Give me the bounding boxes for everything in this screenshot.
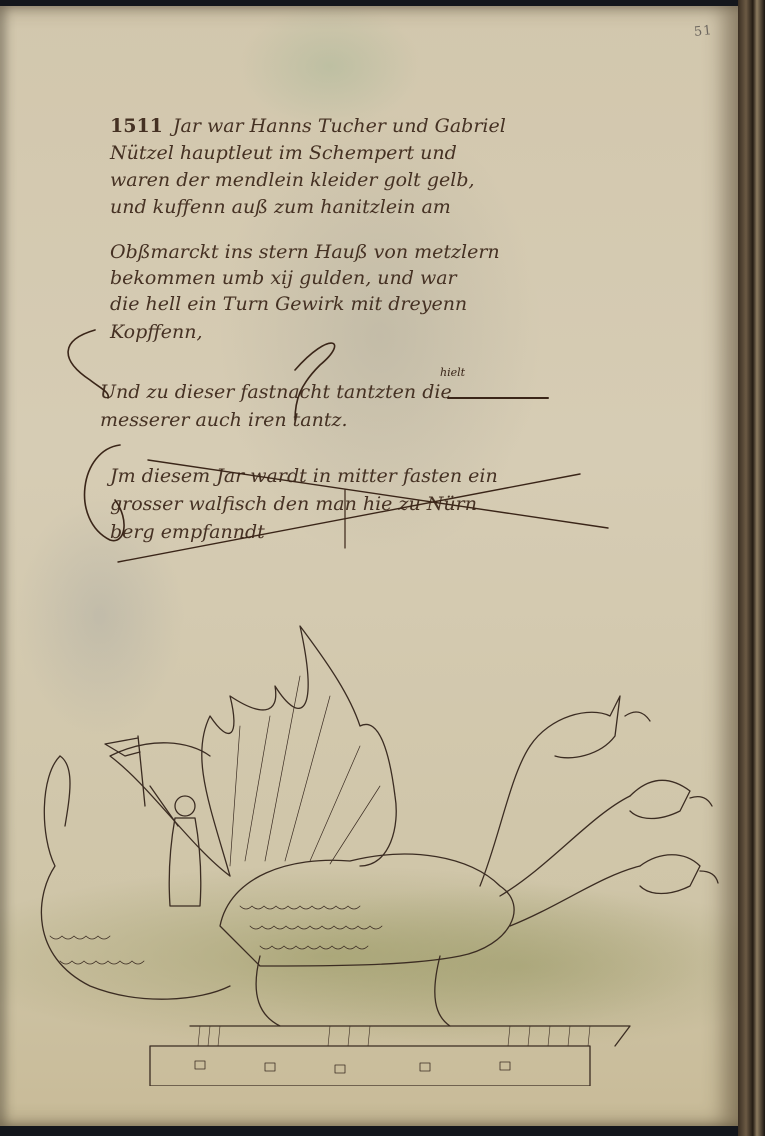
entry-cancelled-line-3: berg empfanndt [110, 520, 265, 544]
pennant-pole [138, 736, 145, 806]
sled-base [150, 1046, 590, 1086]
dragon-wing-right [202, 626, 397, 876]
dragon-scales [50, 906, 382, 964]
folio-number: 51 [693, 23, 713, 40]
entry-addition-line-1: Und zu dieser fastnacht tantzten die [100, 380, 452, 404]
manuscript-page: 51 1511Jar war Hanns Tucher und Gabriel … [0, 6, 738, 1126]
entry-1511-line-7: die hell ein Turn Gewirk mit dreyenn [110, 292, 467, 316]
text-line: Jar war Hanns Tucher und Gabriel [173, 115, 506, 137]
entry-1511-line-6: bekommen umb xij gulden, und war [110, 266, 457, 290]
dragon-neck-middle [500, 796, 630, 896]
dragon-leg-front [435, 956, 450, 1026]
dragon-neck-top [480, 746, 530, 886]
dragon-tongue-middle [690, 797, 712, 806]
entry-addition-line-2: messerer auch iren tantz. [100, 408, 348, 432]
rider-head [175, 796, 195, 816]
manuscript-scan: 51 1511Jar war Hanns Tucher und Gabriel … [0, 0, 765, 1136]
interlinear-correction: hielt [440, 366, 465, 379]
entry-1511-line-4: und kuffenn auß zum hanitzlein am [110, 195, 451, 219]
dragon-head-top [530, 696, 620, 758]
dragon-head-bottom [640, 855, 700, 894]
dragon-head-middle [630, 780, 690, 818]
entry-1511-line-3: waren der mendlein kleider golt gelb, [110, 168, 475, 192]
text-line: Und zu dieser fastnacht tantzten die [100, 381, 452, 403]
sled-windows [195, 1061, 510, 1073]
entry-1511-line-5: Obßmarckt ins stern Hauß von metzlern [110, 240, 500, 264]
entry-1511-line-8: Kopffenn, [110, 320, 203, 344]
rider-body [169, 818, 201, 906]
rider-arm [150, 786, 178, 826]
sled-hatching [198, 1026, 590, 1046]
dragon-tongue-top [625, 712, 650, 721]
entry-year: 1511 [110, 115, 163, 137]
entry-cancelled-line-1: Jm diesem Jar wardt in mitter fasten ein [110, 464, 498, 488]
dragon-tongue-bottom [700, 871, 718, 883]
book-page-edges [738, 0, 765, 1136]
sled-top-rail [190, 1026, 630, 1046]
dragon-illustration [30, 606, 730, 1086]
entry-1511-line-2: Nützel hauptleut im Schempert und [110, 141, 457, 165]
dragon-body [220, 854, 514, 966]
entry-1511-line-1: 1511Jar war Hanns Tucher und Gabriel [110, 114, 506, 138]
dragon-tail-inner [60, 756, 70, 826]
entry-cancelled-line-2: grosser walfisch den man hie zu Nürn [110, 492, 477, 516]
